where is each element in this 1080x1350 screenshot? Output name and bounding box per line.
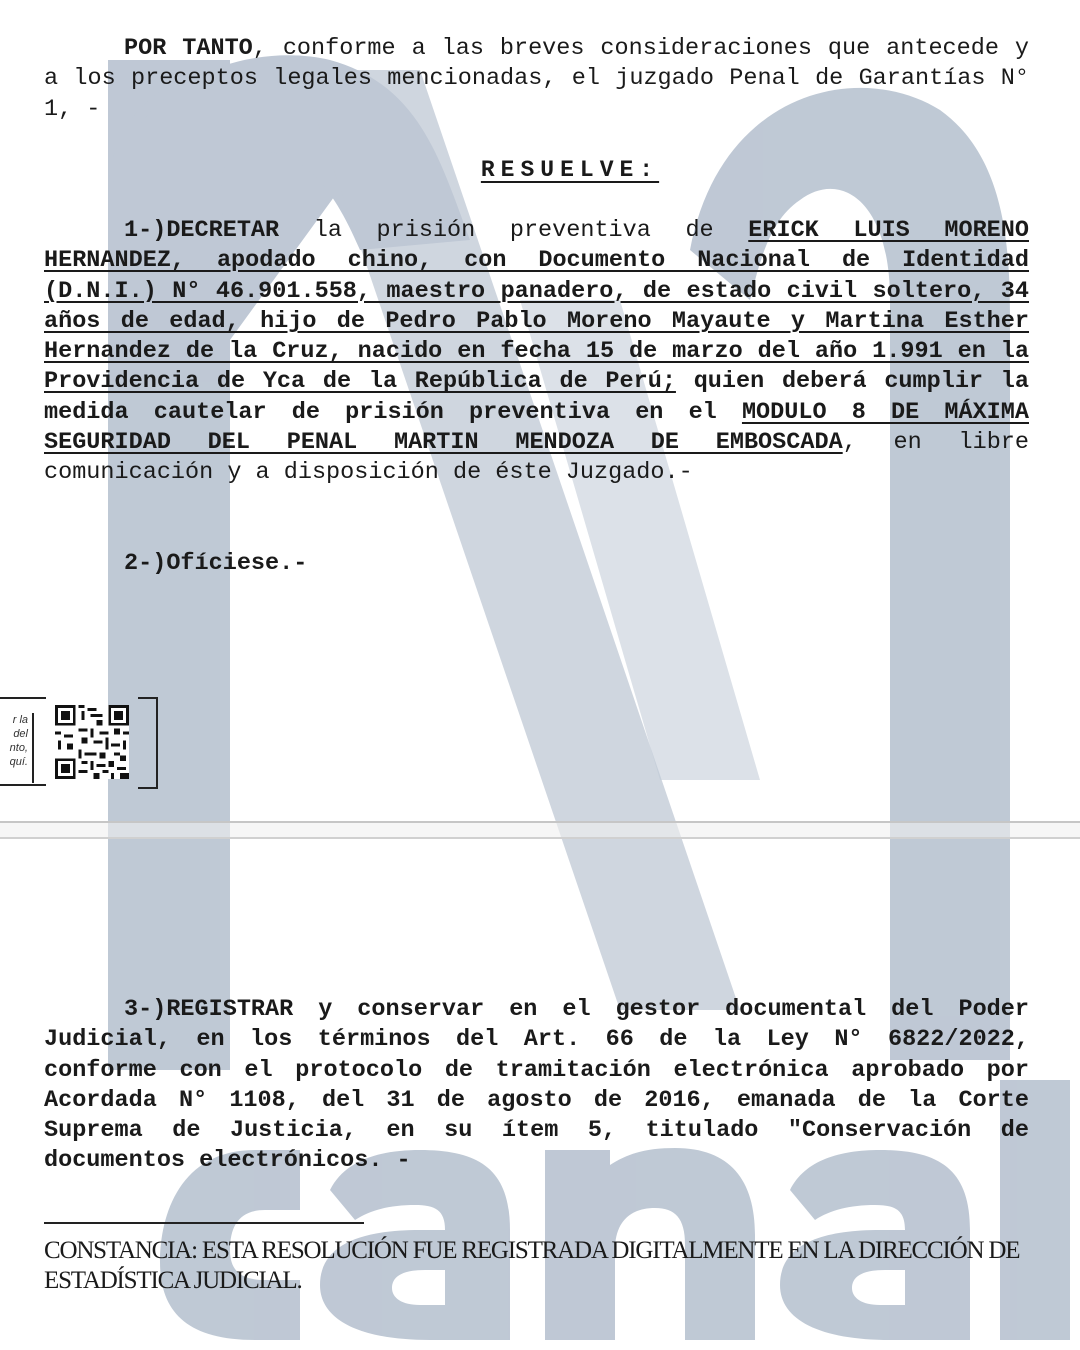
- item-1-text-1: la prisión preventiva de: [279, 217, 748, 244]
- item-1-number: 1-): [124, 217, 166, 244]
- intro-lead-2: TANTO: [182, 35, 253, 62]
- qr-frame-bracket: [138, 697, 158, 789]
- item-3-paragraph: 3-)REGISTRAR y conservar en el gestor do…: [44, 995, 1029, 1177]
- page-separator: [0, 821, 1080, 839]
- footnote-divider: [44, 1222, 364, 1224]
- intro-lead-1: POR: [124, 35, 166, 62]
- qr-verification-block: r la del nto, quí.: [0, 697, 160, 787]
- item-2-verb: Ofíciese.-: [166, 550, 307, 577]
- item-2-paragraph: 2-)Ofíciese.-: [44, 549, 1029, 579]
- item-3-verb: REGISTRAR: [166, 996, 293, 1023]
- resuelve-heading: RESUELVE:: [0, 157, 1080, 183]
- item-3-number: 3-): [124, 996, 166, 1023]
- item-1-verb: DECRETAR: [166, 217, 279, 244]
- qr-caption: r la del nto, quí.: [0, 713, 34, 783]
- item-2-number: 2-): [124, 550, 166, 577]
- qr-frame-bottom: [0, 784, 46, 786]
- qr-frame-top: [0, 697, 46, 699]
- item-1-paragraph: 1-)DECRETAR la prisión preventiva de ERI…: [44, 216, 1029, 489]
- intro-paragraph: POR TANTO, conforme a las breves conside…: [44, 34, 1029, 125]
- qr-code-icon[interactable]: [54, 705, 130, 779]
- constancia-note: CONSTANCIA: ESTA RESOLUCIÓN FUE REGISTRA…: [44, 1236, 1044, 1296]
- court-resolution-page: POR TANTO, conforme a las breves conside…: [0, 0, 1080, 1350]
